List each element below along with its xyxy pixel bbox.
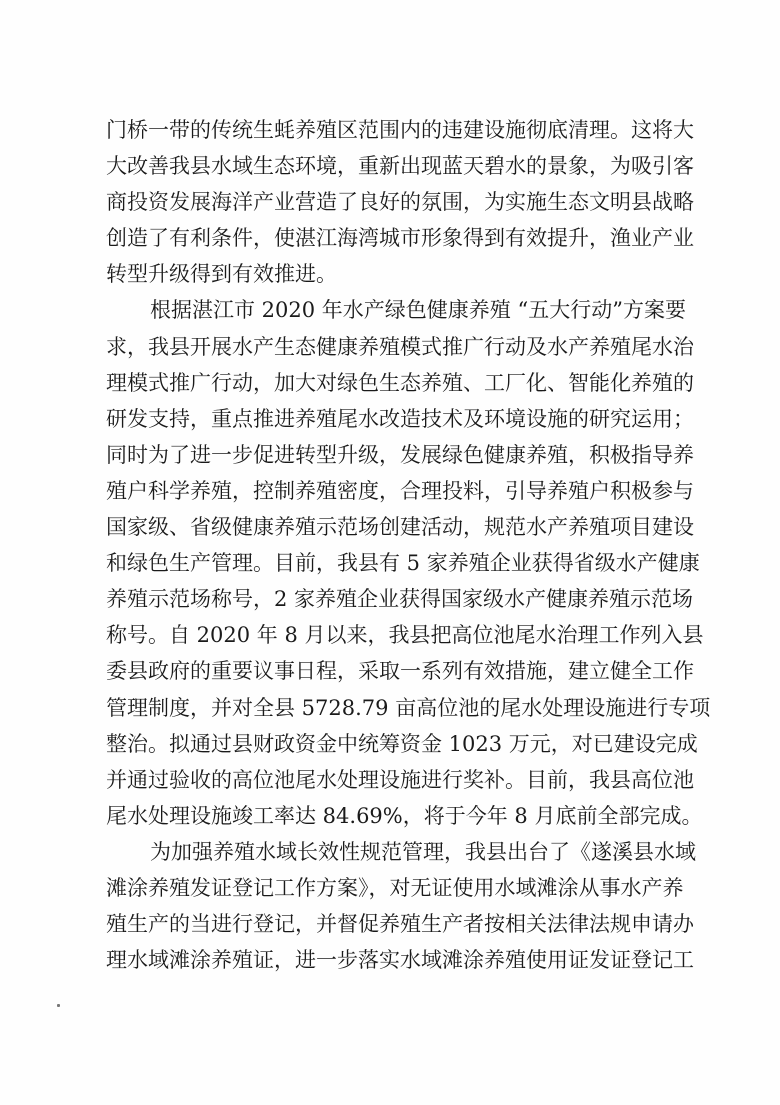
text-line: 理水域滩涂养殖证，进一步落实水域滩涂养殖使用证发证登记工: [106, 942, 680, 978]
text-line: 创造了有利条件，使湛江海湾城市形象得到有效提升，渔业产业: [106, 220, 680, 256]
document-body: 门桥一带的传统生蚝养殖区范围内的违建设施彻底清理。这将大 大改善我县水域生态环境…: [106, 112, 680, 978]
text-line: 殖生产的当进行登记，并督促养殖生产者按相关法律法规申请办: [106, 906, 680, 942]
text-line: 求，我县开展水产生态健康养殖模式推广行动及水产养殖尾水治: [106, 329, 680, 365]
text-line: 为加强养殖水域长效性规范管理，我县出台了《遂溪县水域: [106, 834, 680, 870]
text-line: 根据湛江市 2020 年水产绿色健康养殖 “五大行动”方案要: [106, 292, 680, 328]
text-line: 委县政府的重要议事日程，采取一系列有效措施，建立健全工作: [106, 653, 680, 689]
text-line: 尾水处理设施竣工率达 84.69%，将于今年 8 月底前全部完成。: [106, 798, 680, 834]
text-line: 大改善我县水域生态环境，重新出现蓝天碧水的景象，为吸引客: [106, 148, 680, 184]
paragraph-2: 根据湛江市 2020 年水产绿色健康养殖 “五大行动”方案要 求，我县开展水产生…: [106, 292, 680, 833]
text-line: 同时为了进一步促进转型升级，发展绿色健康养殖，积极指导养: [106, 437, 680, 473]
text-line: 研发支持，重点推进养殖尾水改造技术及环境设施的研究运用；: [106, 401, 680, 437]
text-line: 管理制度，并对全县 5728.79 亩高位池的尾水处理设施进行专项: [106, 690, 680, 726]
text-line: 称号。自 2020 年 8 月以来，我县把高位池尾水治理工作列入县: [106, 617, 680, 653]
text-line: 殖户科学养殖，控制养殖密度，合理投料，引导养殖户积极参与: [106, 473, 680, 509]
text-line: 门桥一带的传统生蚝养殖区范围内的违建设施彻底清理。这将大: [106, 112, 680, 148]
text-line: 养殖示范场称号，2 家养殖企业获得国家级水产健康养殖示范场: [106, 581, 680, 617]
text-line: 整治。拟通过县财政资金中统筹资金 1023 万元，对已建设完成: [106, 726, 680, 762]
paragraph-1: 门桥一带的传统生蚝养殖区范围内的违建设施彻底清理。这将大 大改善我县水域生态环境…: [106, 112, 680, 292]
document-page: 门桥一带的传统生蚝养殖区范围内的违建设施彻底清理。这将大 大改善我县水域生态环境…: [0, 0, 780, 1105]
text-line: 并通过验收的高位池尾水处理设施进行奖补。目前，我县高位池: [106, 762, 680, 798]
text-line: 理模式推广行动，加大对绿色生态养殖、工厂化、智能化养殖的: [106, 365, 680, 401]
text-line: 和绿色生产管理。目前，我县有 5 家养殖企业获得省级水产健康: [106, 545, 680, 581]
text-line: 转型升级得到有效推进。: [106, 256, 680, 292]
text-line: 滩涂养殖发证登记工作方案》，对无证使用水域滩涂从事水产养: [106, 870, 680, 906]
text-line: 商投资发展海洋产业营造了良好的氛围，为实施生态文明县战略: [106, 184, 680, 220]
paragraph-3: 为加强养殖水域长效性规范管理，我县出台了《遂溪县水域 滩涂养殖发证登记工作方案》…: [106, 834, 680, 978]
scan-speck: [57, 1004, 60, 1007]
text-line: 国家级、省级健康养殖示范场创建活动，规范水产养殖项目建设: [106, 509, 680, 545]
